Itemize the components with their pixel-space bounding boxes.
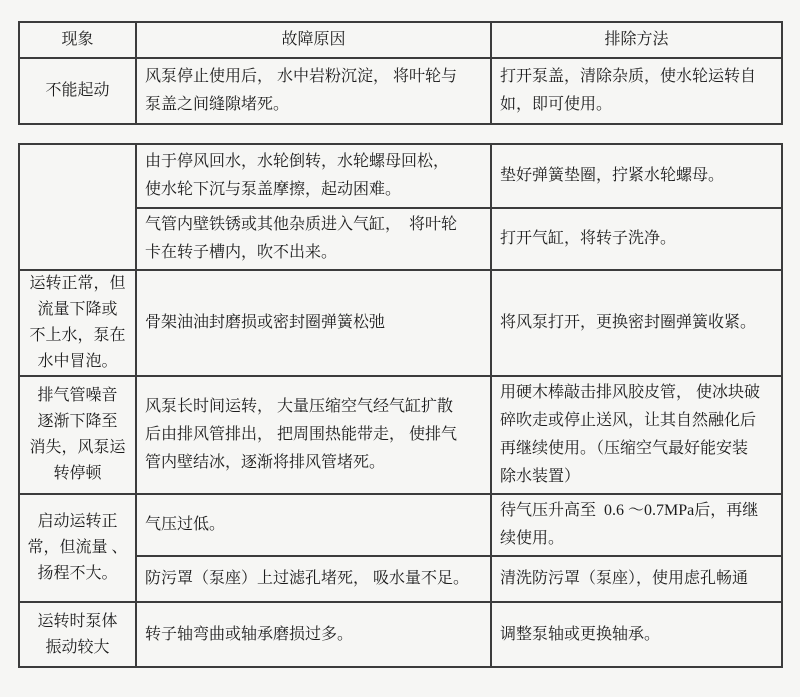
cell-remedy: 清洗防污罩（泵座），使用虑孔畅通: [491, 556, 782, 602]
cell-remedy: 垫好弹簧垫圈，拧紧水轮螺母。: [491, 144, 782, 208]
cell-remedy: 待气压升高至 0.6 ～0.7MPa后，再继 续使用。: [491, 494, 782, 556]
cell-cause: 气管内壁铁锈或其他杂质进入气缸， 将叶轮 卡在转子槽内，吹不出来。: [136, 208, 491, 270]
cell-phenomenon-empty: [19, 144, 136, 270]
cell-remedy: 用硬木棒敲击排风胶皮管， 使冰块破 碎吹走或停止送风，让其自然融化后 再继续使用…: [491, 376, 782, 494]
table-row: 不能起动 风泵停止使用后， 水中岩粉沉淀， 将叶轮与 泵盖之间缝隙堵死。 打开泵…: [19, 58, 782, 124]
cell-cause: 转子轴弯曲或轴承磨损过多。: [136, 602, 491, 667]
scanned-document-page: 现象 故障原因 排除方法 不能起动 风泵停止使用后， 水中岩粉沉淀， 将叶轮与 …: [0, 0, 800, 697]
cell-cause: 由于停风回水，水轮倒转，水轮螺母回松， 使水轮下沉与泵盖摩擦，起动困难。: [136, 144, 491, 208]
cell-phenomenon: 运转正常，但 流量下降或 不上水，泵在 水中冒泡。: [19, 270, 136, 376]
table-row: 排气管噪音 逐渐下降至 消失，风泵运 转停顿 风泵长时间运转， 大量压缩空气经气…: [19, 376, 782, 494]
table-row: 运转正常，但 流量下降或 不上水，泵在 水中冒泡。 骨架油油封磨损或密封圈弹簧松…: [19, 270, 782, 376]
cell-cause: 风泵停止使用后， 水中岩粉沉淀， 将叶轮与 泵盖之间缝隙堵死。: [136, 58, 491, 124]
cell-phenomenon: 排气管噪音 逐渐下降至 消失，风泵运 转停顿: [19, 376, 136, 494]
cell-cause: 风泵长时间运转， 大量压缩空气经气缸扩散 后由排风管排出， 把周围热能带走， 使…: [136, 376, 491, 494]
header-remedy: 排除方法: [491, 22, 782, 58]
cell-remedy: 打开泵盖，清除杂质，使水轮运转自 如，即可使用。: [491, 58, 782, 124]
pump-troubleshooting-table-top: 现象 故障原因 排除方法 不能起动 风泵停止使用后， 水中岩粉沉淀， 将叶轮与 …: [18, 21, 783, 125]
header-cause: 故障原因: [136, 22, 491, 58]
table-header-row: 现象 故障原因 排除方法: [19, 22, 782, 58]
cell-phenomenon: 不能起动: [19, 58, 136, 124]
table-row: 启动运转正 常，但流量 、 扬程不大。 气压过低。 待气压升高至 0.6 ～0.…: [19, 494, 782, 556]
cell-remedy: 打开气缸，将转子洗净。: [491, 208, 782, 270]
cell-cause: 气压过低。: [136, 494, 491, 556]
table-row: 由于停风回水，水轮倒转，水轮螺母回松， 使水轮下沉与泵盖摩擦，起动困难。 垫好弹…: [19, 144, 782, 208]
cell-cause: 防污罩（泵座）上过滤孔堵死， 吸水量不足。: [136, 556, 491, 602]
table-row: 运转时泵体 振动较大 转子轴弯曲或轴承磨损过多。 调整泵轴或更换轴承。: [19, 602, 782, 667]
cell-phenomenon: 启动运转正 常，但流量 、 扬程不大。: [19, 494, 136, 602]
header-phenomenon: 现象: [19, 22, 136, 58]
cell-cause: 骨架油油封磨损或密封圈弹簧松弛: [136, 270, 491, 376]
cell-remedy: 将风泵打开，更换密封圈弹簧收紧。: [491, 270, 782, 376]
pump-troubleshooting-table-bottom: 由于停风回水，水轮倒转，水轮螺母回松， 使水轮下沉与泵盖摩擦，起动困难。 垫好弹…: [18, 143, 783, 668]
cell-phenomenon: 运转时泵体 振动较大: [19, 602, 136, 667]
cell-remedy: 调整泵轴或更换轴承。: [491, 602, 782, 667]
